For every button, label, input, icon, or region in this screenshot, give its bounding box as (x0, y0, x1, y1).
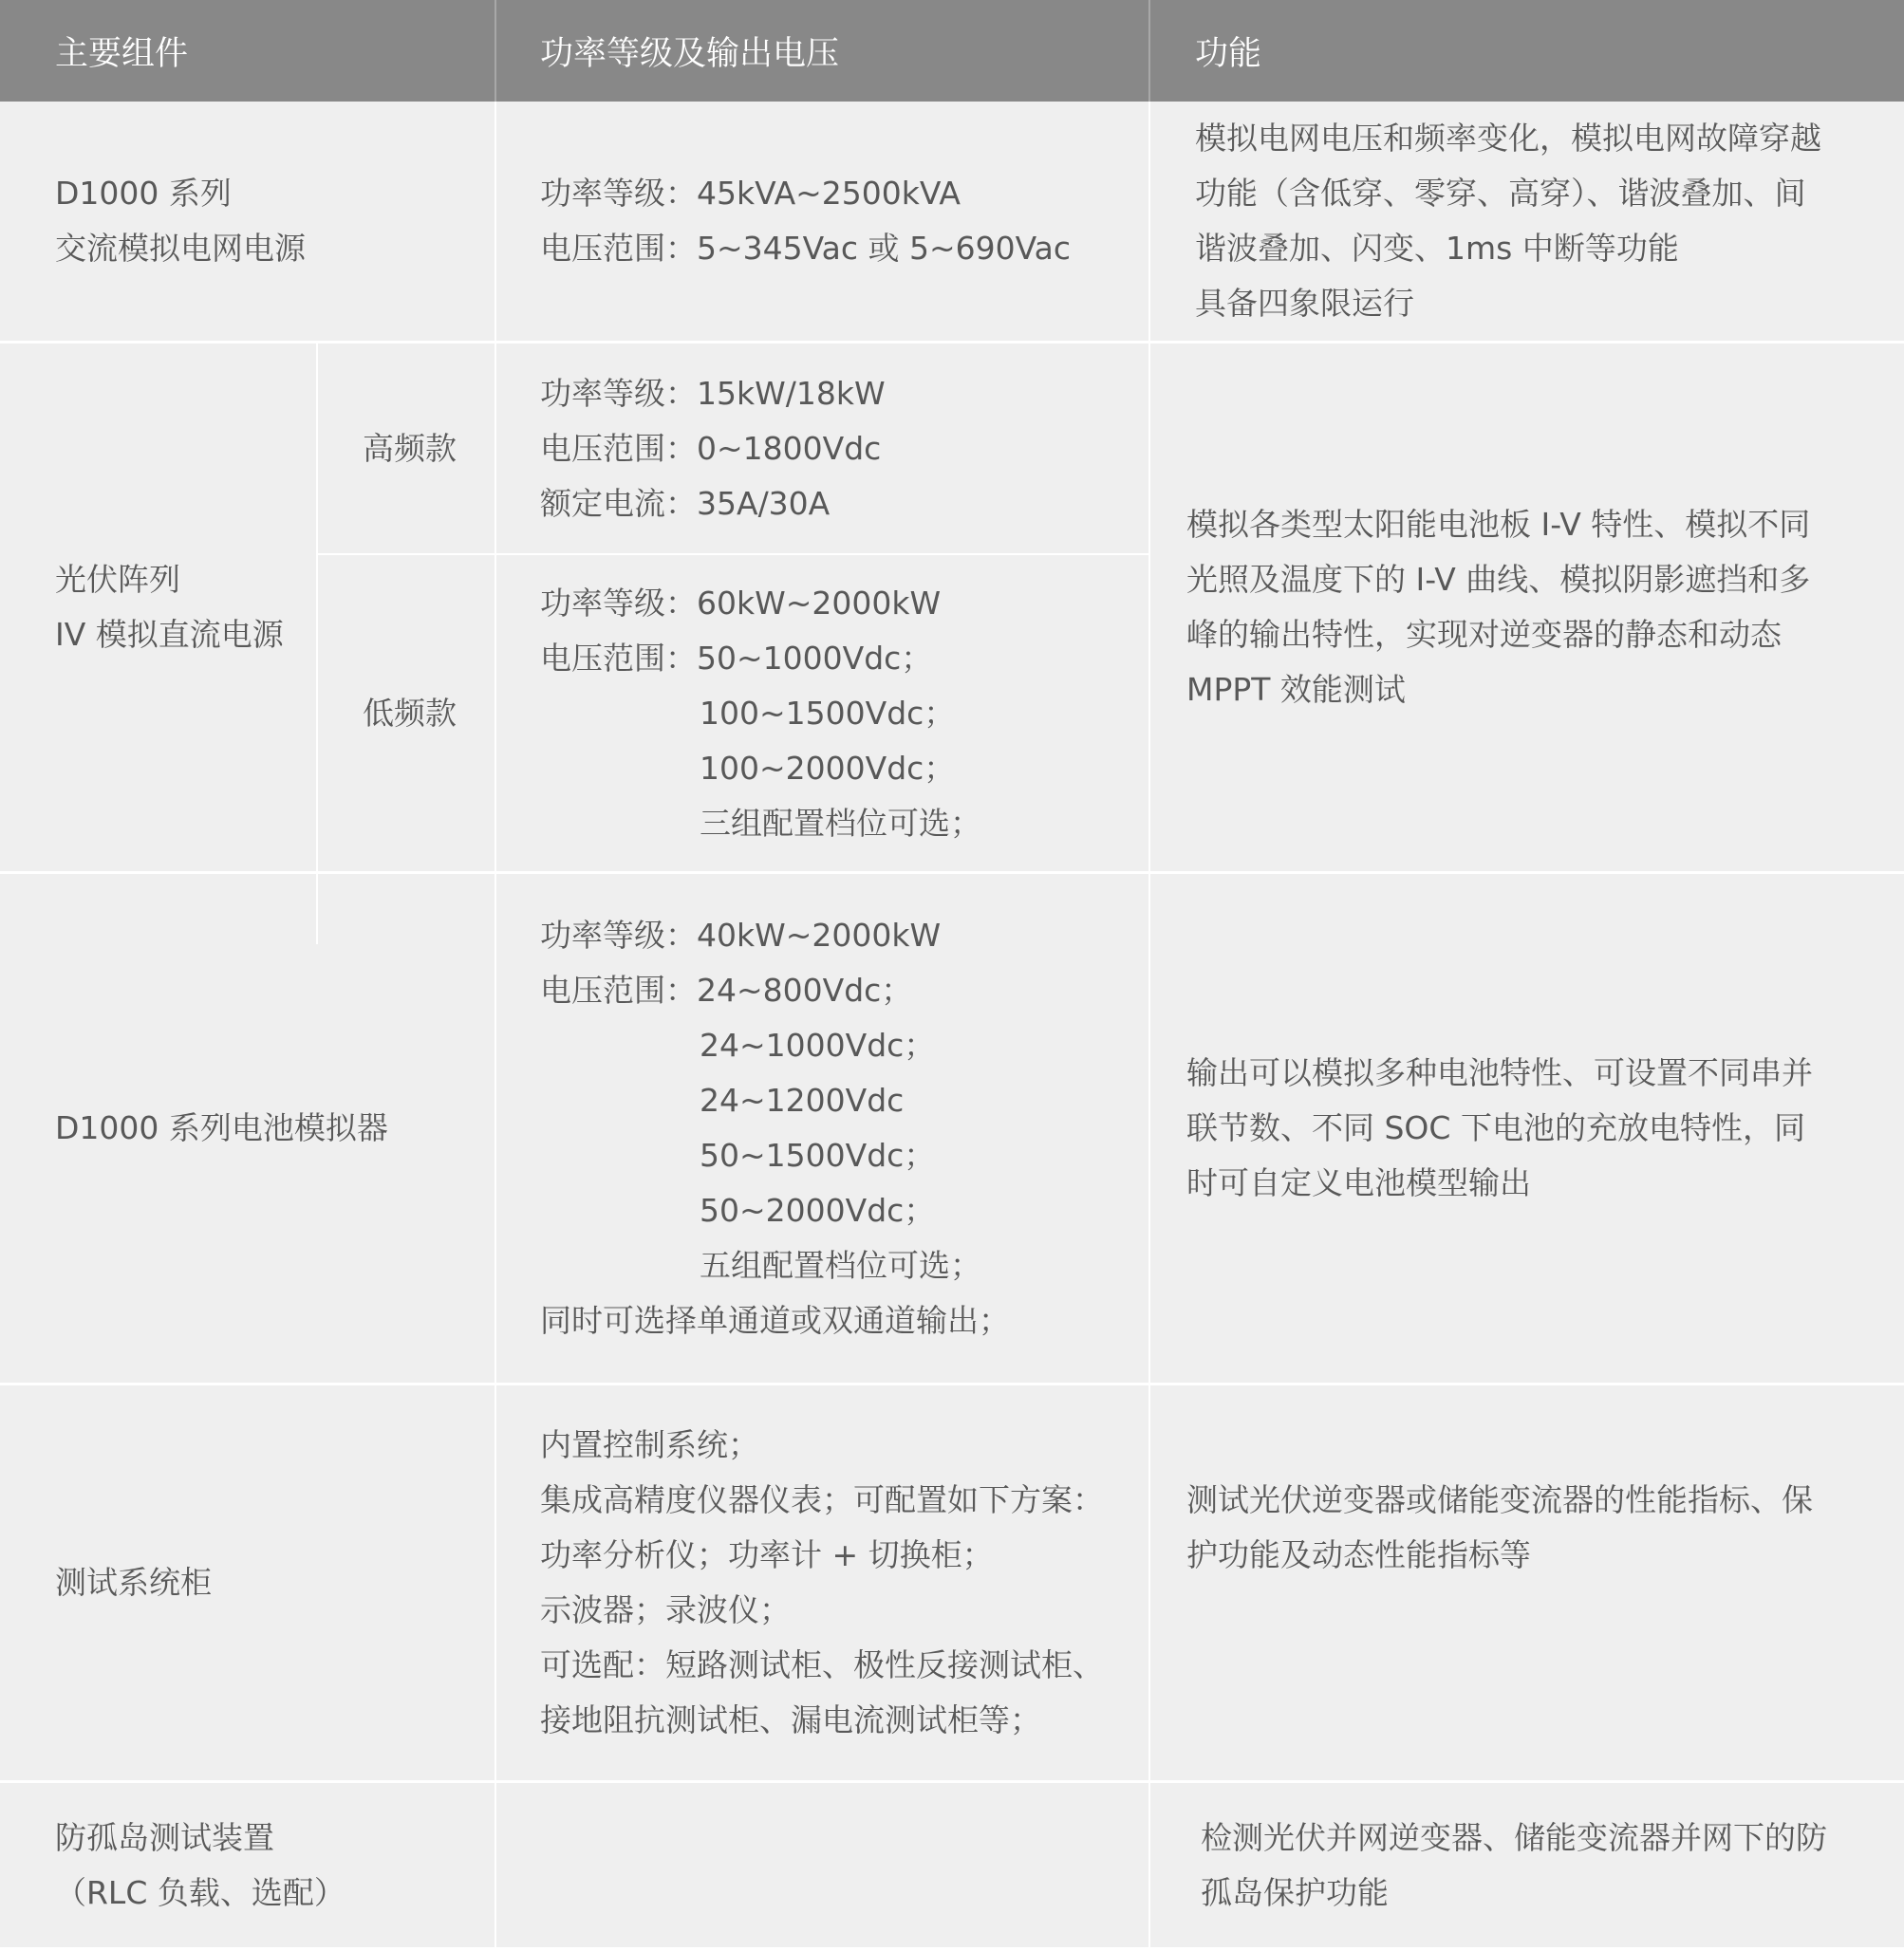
header-divider (1148, 0, 1150, 102)
header-main-components: 主要组件 (55, 0, 188, 102)
table-row-5-component: 防孤岛测试装置 （RLC 负载、选配） (55, 1783, 492, 1947)
table-row-5-function: 检测光伏并网逆变器、储能变流器并网下的防 孤岛保护功能 (1201, 1783, 1903, 1947)
table-row-1-specs: 功率等级：45kVA~2500kVA 电压范围：5~345Vac 或 5~690… (540, 102, 1138, 341)
header-power-voltage: 功率等级及输出电压 (540, 0, 839, 102)
table-row-2-component: 光伏阵列 IV 模拟直流电源 (55, 344, 311, 871)
subrow-low-frequency-specs: 功率等级：60kW~2000kW 电压范围：50~1000Vdc； 100~15… (540, 555, 1138, 871)
table-row-3-specs: 功率等级：40kW~2000kW 电压范围：24~800Vdc； 24~1000… (540, 874, 1138, 1383)
subcolumn-divider (316, 344, 318, 944)
subrow-high-frequency-specs: 功率等级：15kW/18kW 电压范围：0~1800Vdc 额定电流：35A/3… (540, 344, 1138, 553)
subrow-low-frequency-label: 低频款 (363, 555, 486, 871)
table-row-4-function: 测试光伏逆变器或储能变流器的性能指标、保 护功能及动态性能指标等 (1186, 1385, 1898, 1670)
column-divider (495, 102, 496, 1947)
table-row-1-function: 模拟电网电压和频率变化，模拟电网故障穿越 功能（含低穿、零穿、高穿）、谐波叠加、… (1195, 102, 1897, 341)
component-spec-table: 主要组件 功率等级及输出电压 功能 D1000 系列 交流模拟电网电源 功率等级… (0, 0, 1904, 1947)
table-row-3-function: 输出可以模拟多种电池特性、可设置不同串并 联节数、不同 SOC 下电池的充放电特… (1186, 874, 1898, 1383)
column-divider (1148, 102, 1150, 1947)
table-header: 主要组件 功率等级及输出电压 功能 (0, 0, 1904, 102)
table-row-4-specs: 内置控制系统； 集成高精度仪器仪表；可配置如下方案： 功率分析仪；功率计 + 切… (540, 1385, 1148, 1780)
header-divider (495, 0, 496, 102)
table-row-2-function: 模拟各类型太阳能电池板 I-V 特性、模拟不同 光照及温度下的 I-V 曲线、模… (1186, 344, 1898, 871)
table-row-1-component: D1000 系列 交流模拟电网电源 (55, 102, 492, 341)
subrow-high-frequency-label: 高频款 (363, 344, 486, 553)
table-row-4-component: 测试系统柜 (55, 1385, 492, 1780)
header-function: 功能 (1195, 0, 1261, 102)
table-row-3-component: D1000 系列电池模拟器 (55, 874, 492, 1383)
table-row-5-specs (540, 1783, 1138, 1947)
